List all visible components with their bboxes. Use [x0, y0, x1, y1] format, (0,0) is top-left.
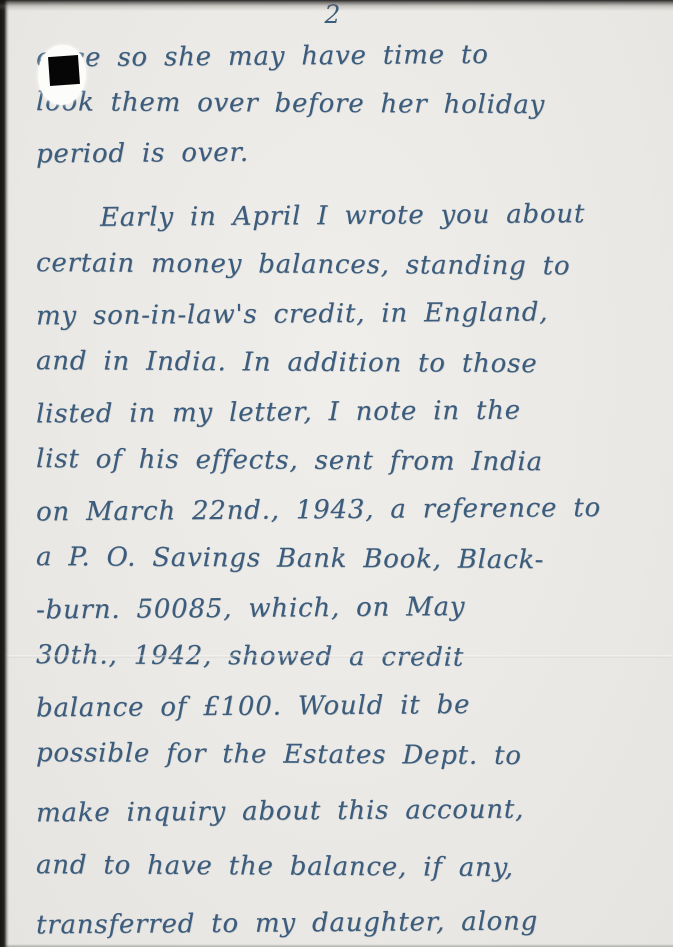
- scanned-letter-page: 2 ence so she may have time to look them…: [0, 0, 673, 947]
- letter-line: certain money balances, standing to: [36, 239, 655, 292]
- letter-line: and to have the balance, if any,: [36, 841, 655, 894]
- letter-line: Early in April I wrote you about: [36, 190, 655, 244]
- letter-body: ence so she may have time to look them o…: [36, 32, 655, 947]
- letter-line: look them over before her holiday: [36, 78, 655, 130]
- letter-line: balance of £100. Would it be: [36, 680, 655, 734]
- paragraph-money-balances: Early in April I wrote you about certain…: [36, 192, 655, 947]
- letter-line: and in India. In addition to those: [36, 337, 655, 390]
- letter-line: transferred to my daughter, along: [36, 897, 655, 947]
- letter-line: ence so she may have time to: [36, 30, 655, 83]
- letter-line: -burn. 50085, which, on May: [36, 582, 655, 636]
- letter-line: my son-in-law's credit, in England,: [36, 288, 655, 342]
- letter-line: listed in my letter, I note in the: [36, 386, 655, 440]
- letter-line: possible for the Estates Dept. to: [36, 729, 655, 782]
- letter-line: period is over.: [36, 126, 655, 179]
- hole-punch-mark: [48, 55, 80, 86]
- paper-crease: [0, 655, 673, 658]
- letter-line: on March 22nd., 1943, a reference to: [36, 484, 655, 538]
- scan-edge-left: [0, 0, 9, 947]
- letter-line: list of his effects, sent from India: [36, 435, 655, 488]
- letter-line: make inquiry about this account,: [36, 785, 655, 839]
- scan-edge-top: [0, 0, 673, 11]
- paragraph-continued: ence so she may have time to look them o…: [36, 32, 655, 176]
- letter-line: a P. O. Savings Bank Book, Black-: [36, 533, 655, 586]
